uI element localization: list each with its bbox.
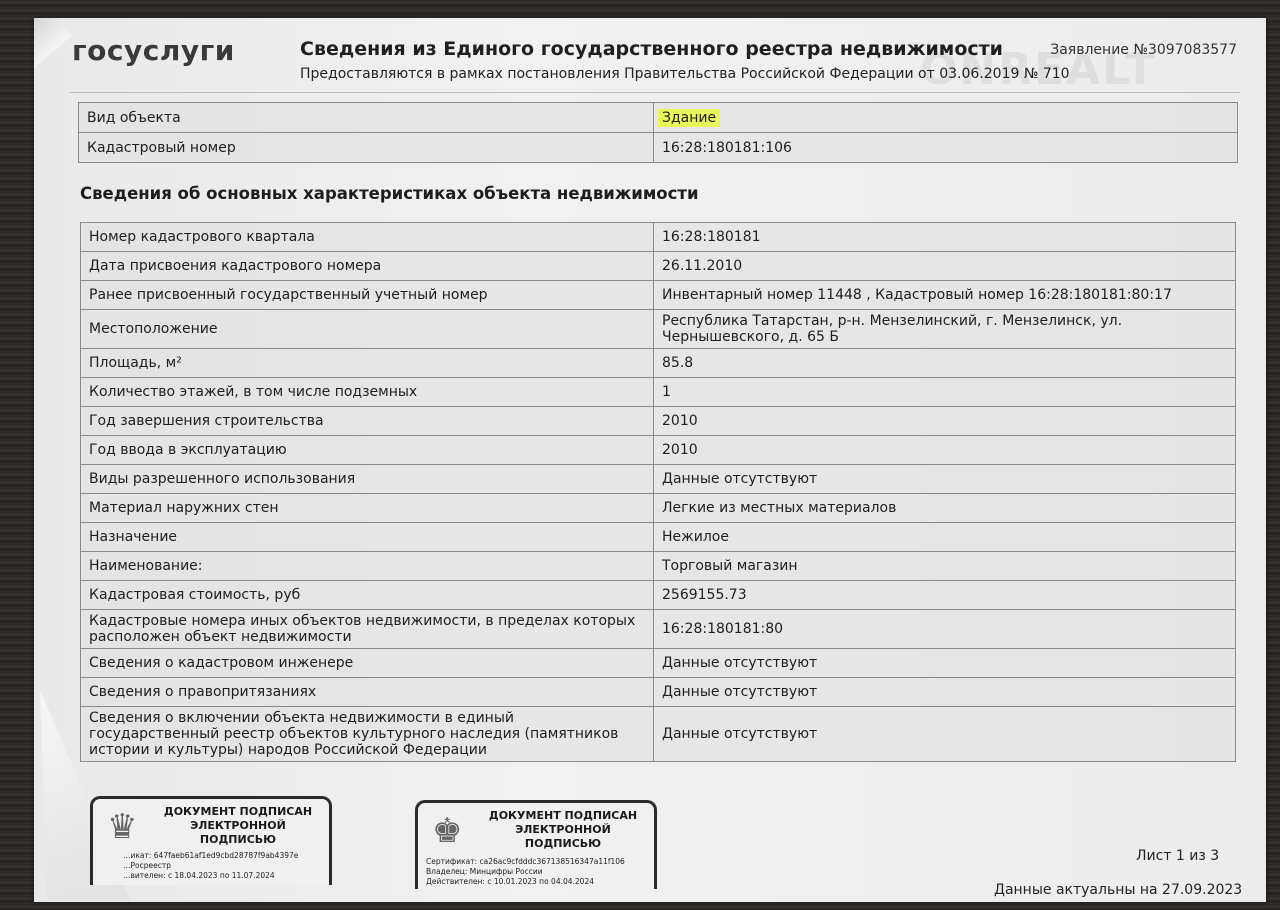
row-value: Торговый магазин: [654, 552, 1236, 581]
stamp-certificate: …икат: 647faeb61af1ed9cbd28787f9ab4397e: [123, 851, 298, 860]
row-label: Кадастровые номера иных объектов недвижи…: [81, 610, 654, 649]
row-label: Год завершения строительства: [81, 407, 654, 436]
table-row: Сведения о правопритязанияхДанные отсутс…: [81, 678, 1236, 707]
signature-stamp-mincifry: ♚ ДОКУМЕНТ ПОДПИСАН ЭЛЕКТРОННОЙ ПОДПИСЬЮ…: [415, 800, 657, 889]
row-label: Назначение: [81, 523, 654, 552]
row-value: 85.8: [654, 349, 1236, 378]
row-label: Количество этажей, в том числе подземных: [81, 378, 654, 407]
stamp-title: ДОКУМЕНТ ПОДПИСАН ЭЛЕКТРОННОЙ ПОДПИСЬЮ: [478, 809, 648, 851]
eagle-emblem-icon: ♛: [107, 807, 137, 847]
row-value: Нежилое: [654, 523, 1236, 552]
table-row: МестоположениеРеспублика Татарстан, р-н.…: [81, 310, 1236, 349]
row-label: Наименование:: [81, 552, 654, 581]
table-row: Сведения о кадастровом инженереДанные от…: [81, 649, 1236, 678]
request-number: Заявление №3097083577: [1050, 42, 1237, 58]
row-value: 16:28:180181:106: [653, 133, 1237, 163]
section-title: Сведения об основных характеристиках объ…: [80, 184, 699, 203]
table-row: Сведения о включении объекта недвижимост…: [81, 707, 1236, 762]
table-row: Площадь, м²85.8: [81, 349, 1236, 378]
table-row: НазначениеНежилое: [81, 523, 1236, 552]
row-label: Площадь, м²: [81, 349, 654, 378]
row-label: Материал наружних стен: [81, 494, 654, 523]
row-value: 26.11.2010: [654, 252, 1236, 281]
row-value: Данные отсутствуют: [654, 649, 1236, 678]
row-label: Кадастровый номер: [79, 133, 654, 163]
coat-of-arms-icon: ♚: [432, 811, 462, 851]
row-value: 16:28:180181:80: [654, 610, 1236, 649]
table-row: Наименование:Торговый магазин: [81, 552, 1236, 581]
row-value: 2010: [654, 436, 1236, 465]
highlighted-value: Здание: [658, 109, 720, 127]
row-label: Кадастровая стоимость, руб: [81, 581, 654, 610]
stamp-validity: …вителен: с 18.04.2023 по 11.07.2024: [123, 871, 275, 880]
stamp-title: ДОКУМЕНТ ПОДПИСАН ЭЛЕКТРОННОЙ ПОДПИСЬЮ: [153, 805, 323, 847]
stamp-owner: …Росреестр: [123, 861, 171, 870]
table-row: Год завершения строительства2010: [81, 407, 1236, 436]
stamp-owner: Владелец: Минцифры России: [426, 867, 543, 876]
row-label: Сведения о кадастровом инженере: [81, 649, 654, 678]
document-subtitle: Предоставляются в рамках постановления П…: [300, 66, 1070, 82]
table-row: Материал наружних стенЛегкие из местных …: [81, 494, 1236, 523]
row-label: Ранее присвоенный государственный учетны…: [81, 281, 654, 310]
row-value: 2569155.73: [654, 581, 1236, 610]
page-number: Лист 1 из 3: [1136, 848, 1219, 864]
signature-stamp-rosreestr: ♛ ДОКУМЕНТ ПОДПИСАН ЭЛЕКТРОННОЙ ПОДПИСЬЮ…: [90, 796, 332, 885]
data-actual-date: Данные актуальны на 27.09.2023: [994, 882, 1242, 898]
row-value: 2010: [654, 407, 1236, 436]
row-label: Сведения о правопритязаниях: [81, 678, 654, 707]
row-label: Вид объекта: [79, 103, 654, 133]
table-row: Дата присвоения кадастрового номера26.11…: [81, 252, 1236, 281]
row-value: Данные отсутствуют: [654, 707, 1236, 762]
row-label: Сведения о включении объекта недвижимост…: [81, 707, 654, 762]
row-value: 16:28:180181: [654, 223, 1236, 252]
characteristics-table: Номер кадастрового квартала16:28:180181Д…: [80, 222, 1236, 762]
table-row: Виды разрешенного использованияДанные от…: [81, 465, 1236, 494]
row-label: Дата присвоения кадастрового номера: [81, 252, 654, 281]
row-label: Местоположение: [81, 310, 654, 349]
table-row: Кадастровые номера иных объектов недвижи…: [81, 610, 1236, 649]
header-divider: [70, 92, 1240, 93]
document-title: Сведения из Единого государственного рее…: [300, 38, 1003, 60]
row-value: Данные отсутствуют: [654, 465, 1236, 494]
gosuslugi-logo: госуслуги: [72, 34, 235, 67]
stamp-certificate: Сертификат: ca26ac9cfdddc367138516347a11…: [426, 857, 625, 866]
row-value: Здание: [653, 103, 1237, 133]
table-row: Вид объекта Здание: [79, 103, 1238, 133]
row-value: 1: [654, 378, 1236, 407]
table-row: Кадастровая стоимость, руб2569155.73: [81, 581, 1236, 610]
row-label: Год ввода в эксплуатацию: [81, 436, 654, 465]
stamp-validity: Действителен: с 10.01.2023 по 04.04.2024: [426, 877, 594, 886]
table-row: Количество этажей, в том числе подземных…: [81, 378, 1236, 407]
row-value: Инвентарный номер 11448 , Кадастровый но…: [654, 281, 1236, 310]
table-row: Номер кадастрового квартала16:28:180181: [81, 223, 1236, 252]
row-value: Данные отсутствуют: [654, 678, 1236, 707]
table-row: Кадастровый номер 16:28:180181:106: [79, 133, 1238, 163]
row-label: Виды разрешенного использования: [81, 465, 654, 494]
object-table: Вид объекта Здание Кадастровый номер 16:…: [78, 102, 1238, 163]
row-value: Республика Татарстан, р-н. Мензелинский,…: [654, 310, 1236, 349]
table-row: Ранее присвоенный государственный учетны…: [81, 281, 1236, 310]
row-value: Легкие из местных материалов: [654, 494, 1236, 523]
table-row: Год ввода в эксплуатацию2010: [81, 436, 1236, 465]
row-label: Номер кадастрового квартала: [81, 223, 654, 252]
